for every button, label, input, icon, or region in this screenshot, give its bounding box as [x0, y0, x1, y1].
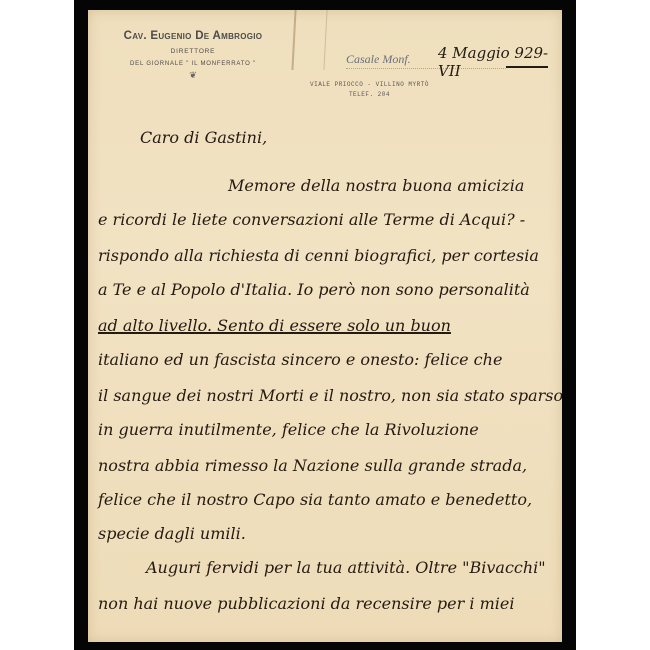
address-text: VIALE PRIOCCO - VILLINO MYRTÒ	[310, 80, 429, 90]
date-underline	[506, 66, 548, 68]
letter-line: in guerra inutilmente, felice che la Riv…	[98, 420, 562, 439]
letterhead-address: VIALE PRIOCCO - VILLINO MYRTÒ TELEF. 204	[310, 80, 429, 100]
letterhead-name: Cav. Eugenio De Ambrogio	[88, 30, 298, 42]
letterhead: Cav. Eugenio De Ambrogio DIRETTORE DEL G…	[88, 30, 298, 81]
letter-page: Cav. Eugenio De Ambrogio DIRETTORE DEL G…	[88, 10, 562, 642]
ornament-icon: ❦	[88, 70, 298, 81]
letter-line: Memore della nostra buona amicizia	[228, 176, 562, 195]
letter-line: a Te e al Popolo d'Italia. Io però non s…	[98, 280, 562, 299]
letter-line: nostra abbia rimesso la Nazione sulla gr…	[98, 456, 562, 475]
letterhead-role: DIRETTORE	[88, 48, 298, 55]
letter-line: il sangue dei nostri Morti e il nostro, …	[98, 386, 562, 405]
letterhead-city: Casale Monf.	[346, 52, 411, 67]
letter-line: rispondo alla richiesta di cenni biograf…	[98, 246, 562, 265]
salutation: Caro di Gastini,	[140, 128, 562, 147]
letter-line: Auguri fervidi per la tua attività. Oltr…	[146, 558, 562, 577]
phone-text: TELEF. 204	[310, 90, 429, 100]
letterhead-newspaper: DEL GIORNALE " IL MONFERRATO "	[88, 61, 298, 67]
letter-line: ad alto livello. Sento di essere solo un…	[98, 316, 562, 335]
letter-line: felice che il nostro Capo sia tanto amat…	[98, 490, 562, 509]
letter-line: non hai nuove pubblicazioni da recensire…	[98, 594, 562, 613]
letter-line: italiano ed un fascista sincero e onesto…	[98, 350, 562, 369]
letter-date: 4 Maggio 929-VII	[438, 44, 562, 80]
letter-line: specie dagli umili.	[98, 524, 562, 543]
letter-line: e ricordi le liete conversazioni alle Te…	[98, 210, 562, 229]
